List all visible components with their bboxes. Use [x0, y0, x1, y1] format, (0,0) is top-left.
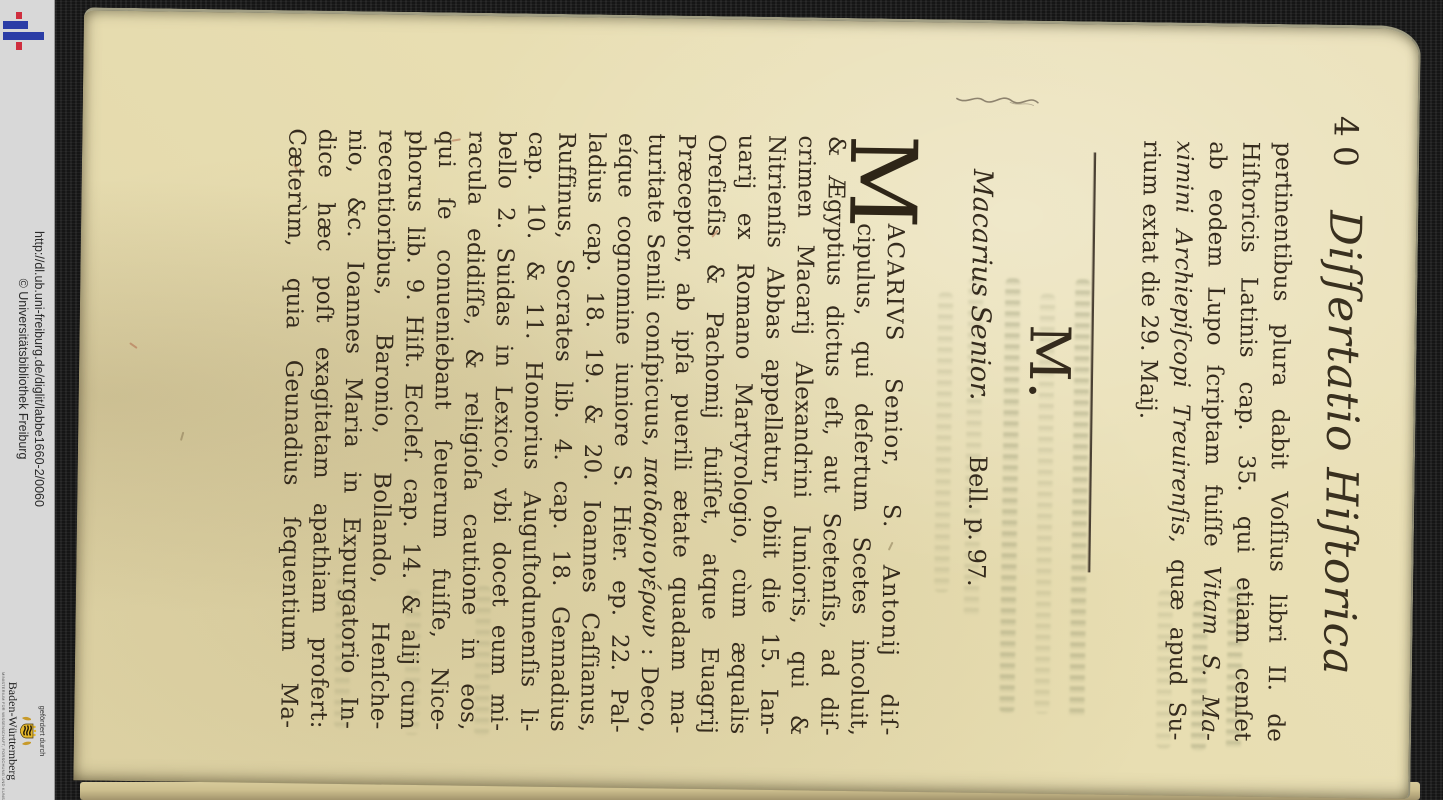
paper-fiber: [180, 432, 184, 441]
section-rule: [1088, 152, 1096, 572]
intro-paragraph: pertinentibus plura dabit Voſſius libri …: [1126, 140, 1299, 742]
running-title: Diſſertatio Hiſtorica: [1311, 88, 1372, 799]
body-lines: ACARIVS Senior, S. Antonij diſ-cipulus, …: [273, 128, 911, 737]
paper-fiber: [129, 342, 137, 349]
ink-bleed-through: [934, 292, 953, 592]
logo-blue-bar-short: [3, 21, 28, 29]
scan-sidebar: http://dl.ub.uni-freiburg.de/diglit/labb…: [0, 0, 55, 800]
entry-reference: Bell. p. 97.: [962, 455, 992, 587]
entry-name: Macarius Senior.: [964, 169, 998, 401]
logo-red-square-bottom: [16, 42, 22, 50]
handwriting-squiggle-icon: [950, 90, 1040, 111]
book-page-scan: 40 Diſſertatio Hiſtorica pertinentibus p…: [73, 7, 1421, 799]
scan-viewport: 40 Diſſertatio Hiſtorica pertinentibus p…: [0, 0, 1443, 800]
scan-url: http://dl.ub.uni-freiburg.de/diglit/labb…: [31, 183, 47, 555]
ministry-line: MINISTERIUM FÜR WISSENSCHAFT, FORSCHUNG …: [1, 672, 6, 790]
ub-freiburg-logo-icon: [0, 0, 54, 60]
scan-metadata: http://dl.ub.uni-freiburg.de/diglit/labb…: [15, 183, 47, 555]
body-paragraph: M ACARIVS Senior, S. Antonij diſ-cipulus…: [273, 128, 911, 737]
funded-by-label: gefördert durch: [37, 672, 47, 790]
logo-blue-bar-long: [3, 32, 44, 40]
baden-wuerttemberg-coat-of-arms-icon: [20, 715, 37, 747]
page-header: 40 Diſſertatio Hiſtorica: [1306, 28, 1373, 799]
funding-note: gefördert durch Baden-Württemberg MINIST…: [1, 672, 47, 790]
logo-red-square-top: [16, 12, 22, 19]
entry-heading: Macarius Senior. Bell. p. 97.: [961, 143, 999, 613]
copyright-line: © Universitätsbibliothek Freiburg: [15, 183, 31, 555]
state-name: Baden-Württemberg: [6, 672, 20, 790]
section-letter: M.: [1014, 151, 1082, 572]
handwritten-annotation: [946, 90, 1040, 111]
